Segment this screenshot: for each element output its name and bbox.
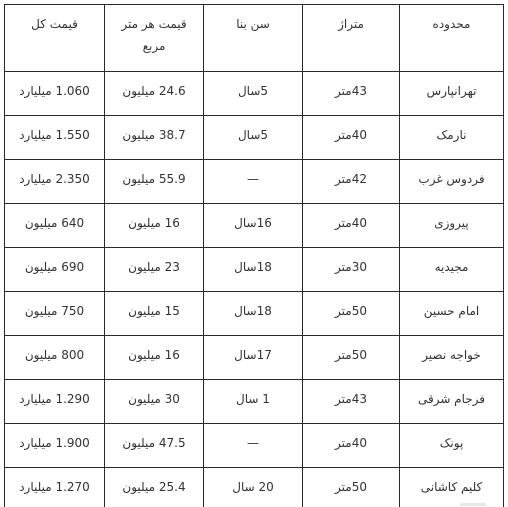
table-row: تهرانپارس 43متر 5سال 24.6 میلیون 1.060 م… <box>5 72 504 116</box>
cell-age: — <box>204 160 303 204</box>
cell-area: امام حسین <box>400 292 504 336</box>
cell-area: فرجام شرقی <box>400 380 504 424</box>
cell-age: 17سال <box>204 336 303 380</box>
cell-size: 40متر <box>303 204 400 248</box>
table-row: پیروزی 40متر 16سال 16 میلیون 640 میلیون <box>5 204 504 248</box>
cell-price-per-m2: 30 میلیون <box>105 380 204 424</box>
cell-size: 50متر <box>303 468 400 507</box>
cell-size: 43متر <box>303 380 400 424</box>
header-total-price: قیمت کل <box>5 5 105 72</box>
cell-area: نارمک <box>400 116 504 160</box>
header-area: محدوده <box>400 5 504 72</box>
cell-size: 40متر <box>303 424 400 468</box>
cell-price-per-m2: 16 میلیون <box>105 336 204 380</box>
cell-age: 5سال <box>204 116 303 160</box>
cell-age: 20 سال <box>204 468 303 507</box>
header-row: محدوده متراژ سن بنا قیمت هر متر مربع قیم… <box>5 5 504 72</box>
table-row: فرجام شرقی 43متر 1 سال 30 میلیون 1.290 م… <box>5 380 504 424</box>
table-row: کلیم کاشانی 50متر 20 سال 25.4 میلیون 1.2… <box>5 468 504 507</box>
apartment-price-table: محدوده متراژ سن بنا قیمت هر متر مربع قیم… <box>4 4 504 507</box>
cell-price-per-m2: 23 میلیون <box>105 248 204 292</box>
table-row: مجیدیه 30متر 18سال 23 میلیون 690 میلیون <box>5 248 504 292</box>
cell-area: مجیدیه <box>400 248 504 292</box>
table-row: خواجه نصیر 50متر 17سال 16 میلیون 800 میل… <box>5 336 504 380</box>
header-price-per-m2: قیمت هر متر مربع <box>105 5 204 72</box>
cell-area: فردوس غرب <box>400 160 504 204</box>
faint-watermark <box>460 503 486 506</box>
table-row: نارمک 40متر 5سال 38.7 میلیون 1.550 میلیا… <box>5 116 504 160</box>
cell-total-price: 2.350 میلیارد <box>5 160 105 204</box>
cell-size: 30متر <box>303 248 400 292</box>
cell-age: — <box>204 424 303 468</box>
header-size: متراژ <box>303 5 400 72</box>
cell-age: 5سال <box>204 72 303 116</box>
cell-price-per-m2: 24.6 میلیون <box>105 72 204 116</box>
cell-price-per-m2: 15 میلیون <box>105 292 204 336</box>
table-row: فردوس غرب 42متر — 55.9 میلیون 2.350 میلی… <box>5 160 504 204</box>
table-row: پونک 40متر — 47.5 میلیون 1.900 میلیارد <box>5 424 504 468</box>
cell-size: 50متر <box>303 336 400 380</box>
cell-total-price: 800 میلیون <box>5 336 105 380</box>
cell-size: 50متر <box>303 292 400 336</box>
cell-size: 43متر <box>303 72 400 116</box>
cell-total-price: 1.060 میلیارد <box>5 72 105 116</box>
header-age: سن بنا <box>204 5 303 72</box>
cell-total-price: 750 میلیون <box>5 292 105 336</box>
table-container: محدوده متراژ سن بنا قیمت هر متر مربع قیم… <box>4 4 504 507</box>
cell-total-price: 1.900 میلیارد <box>5 424 105 468</box>
cell-price-per-m2: 16 میلیون <box>105 204 204 248</box>
cell-age: 18سال <box>204 248 303 292</box>
cell-area: خواجه نصیر <box>400 336 504 380</box>
cell-total-price: 690 میلیون <box>5 248 105 292</box>
cell-total-price: 640 میلیون <box>5 204 105 248</box>
cell-area: تهرانپارس <box>400 72 504 116</box>
cell-area: پیروزی <box>400 204 504 248</box>
cell-price-per-m2: 55.9 میلیون <box>105 160 204 204</box>
cell-age: 18سال <box>204 292 303 336</box>
cell-size: 40متر <box>303 116 400 160</box>
cell-area: کلیم کاشانی <box>400 468 504 507</box>
cell-size: 42متر <box>303 160 400 204</box>
cell-area: پونک <box>400 424 504 468</box>
cell-price-per-m2: 38.7 میلیون <box>105 116 204 160</box>
cell-age: 1 سال <box>204 380 303 424</box>
cell-total-price: 1.270 میلیارد <box>5 468 105 507</box>
cell-total-price: 1.550 میلیارد <box>5 116 105 160</box>
cell-total-price: 1.290 میلیارد <box>5 380 105 424</box>
table-row: امام حسین 50متر 18سال 15 میلیون 750 میلی… <box>5 292 504 336</box>
cell-price-per-m2: 47.5 میلیون <box>105 424 204 468</box>
cell-price-per-m2: 25.4 میلیون <box>105 468 204 507</box>
cell-age: 16سال <box>204 204 303 248</box>
